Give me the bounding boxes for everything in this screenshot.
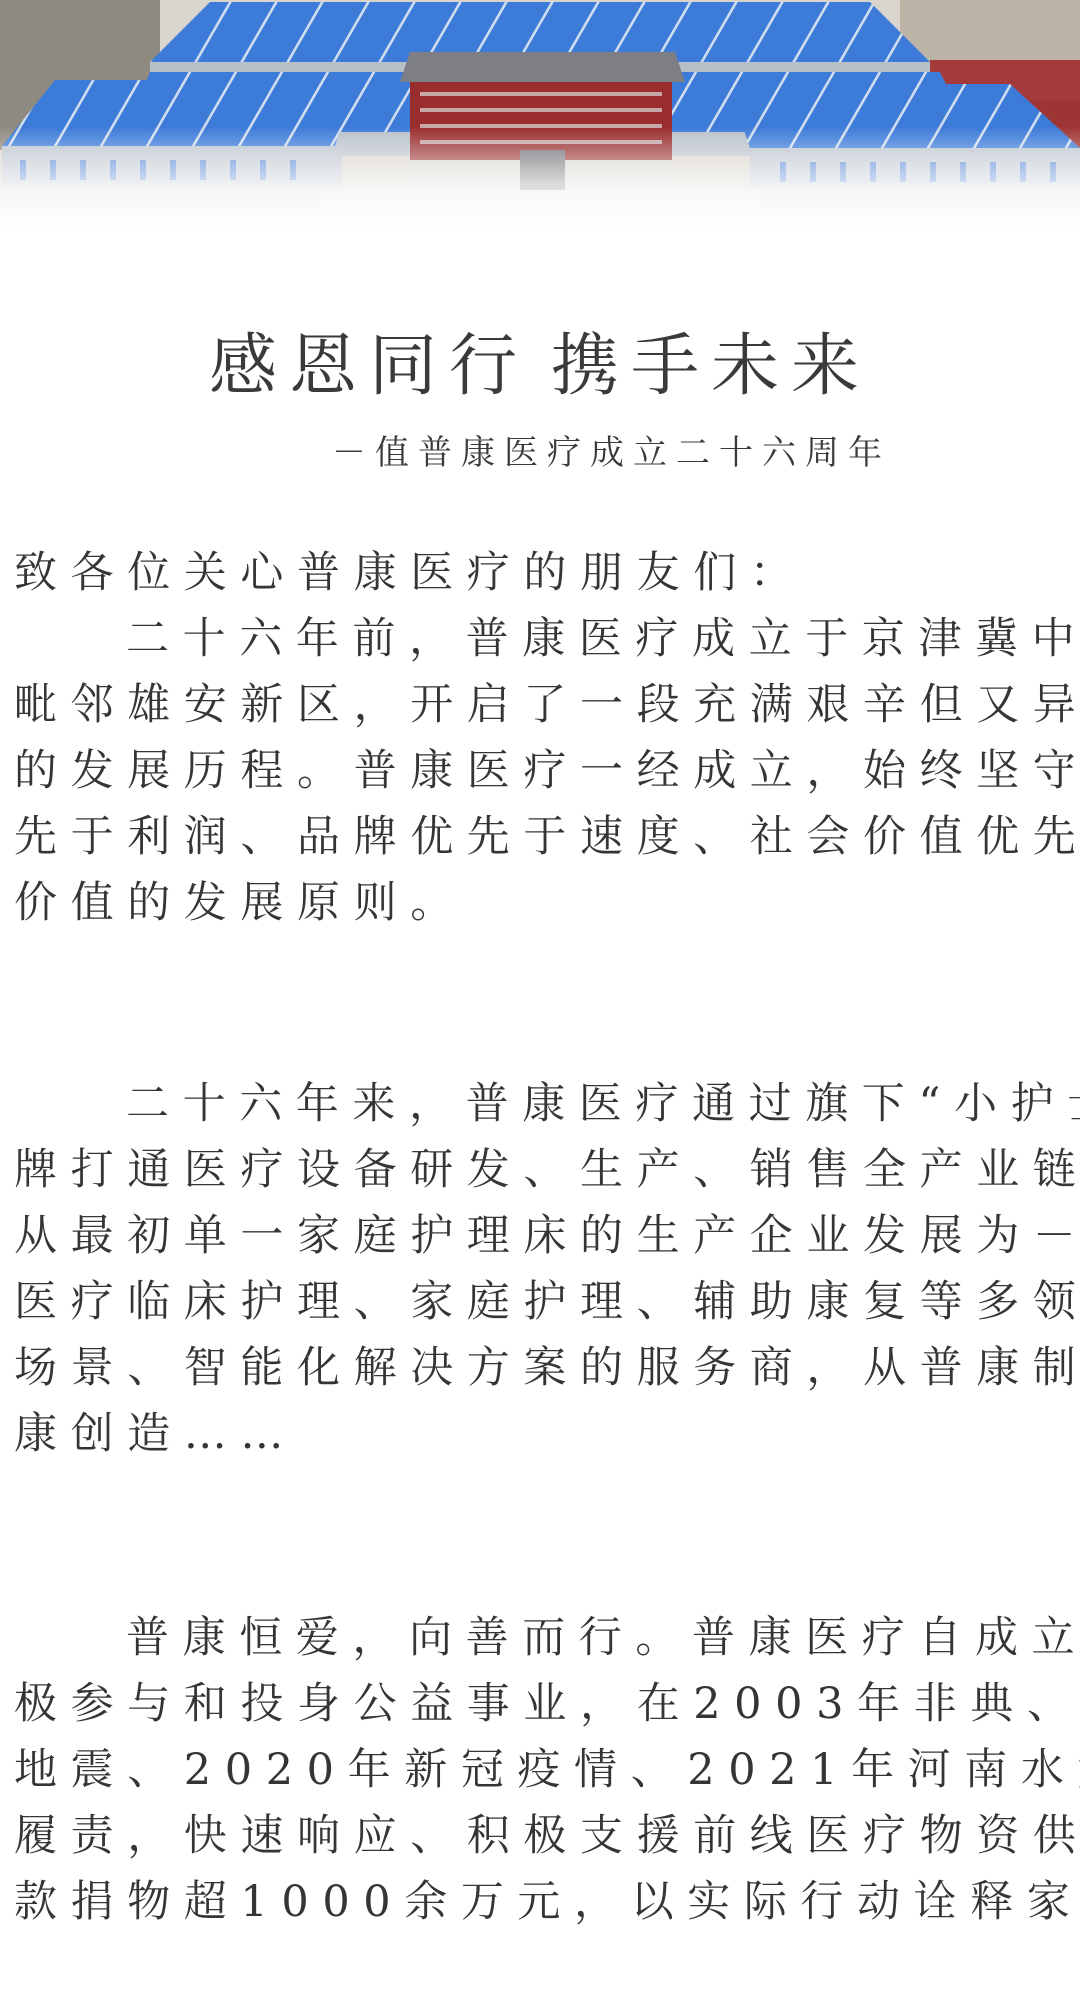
paragraph-line: 地震、2020年新冠疫情、2021年河南水灾等方面深化 <box>14 1742 1080 1798</box>
paragraph-line: 款捐物超1000余万元，以实际行动诠释家国情怀。 <box>14 1874 1080 1930</box>
paragraph-line: 康创造…… <box>14 1406 297 1462</box>
paragraph-line: 牌打通医疗设备研发、生产、销售全产业链布局， <box>14 1142 1080 1198</box>
paragraph-line: 普康恒爱，向善而行。普康医疗自成立以来积 <box>126 1610 1080 1666</box>
paragraph-line: 二十六年前，普康医疗成立于京津冀中心腹地， <box>126 611 1080 667</box>
paragraph-line: 毗邻雄安新区，开启了一段充满艰辛但又异常坚定 <box>14 677 1080 733</box>
title-part-1: 感恩同行 <box>209 327 529 406</box>
page-subtitle: －值普康医疗成立二十六周年 <box>332 428 891 478</box>
letter-greeting: 致各位关心普康医疗的朋友们： <box>14 545 806 601</box>
paragraph-line: 的发展历程。普康医疗一经成立，始终坚守质量优 <box>14 743 1080 799</box>
paragraph-line: 履责，快速响应、积极支援前线医疗物资供应，捐 <box>14 1808 1080 1864</box>
paragraph-line: 价值的发展原则。 <box>14 875 467 931</box>
title-part-2: 携手未来 <box>551 327 871 406</box>
page-title: 感恩同行携手未来 <box>0 322 1080 412</box>
paragraph-line: 医疗临床护理、家庭护理、辅助康复等多领域、全 <box>14 1274 1080 1330</box>
paragraph-line: 从最初单一家庭护理床的生产企业发展为－－提供 <box>14 1208 1080 1264</box>
paragraph-line: 场景、智能化解决方案的服务商，从普康制造到普 <box>14 1340 1080 1396</box>
hero-factory-image <box>0 0 1080 230</box>
paragraph-line: 先于利润、品牌优先于速度、社会价值优先于企业 <box>14 809 1080 865</box>
paragraph-line: 二十六年来，普康医疗通过旗下“小护士”品 <box>126 1076 1080 1132</box>
paragraph-line: 极参与和投身公益事业，在2003年非典、2008年汶川 <box>14 1676 1080 1732</box>
